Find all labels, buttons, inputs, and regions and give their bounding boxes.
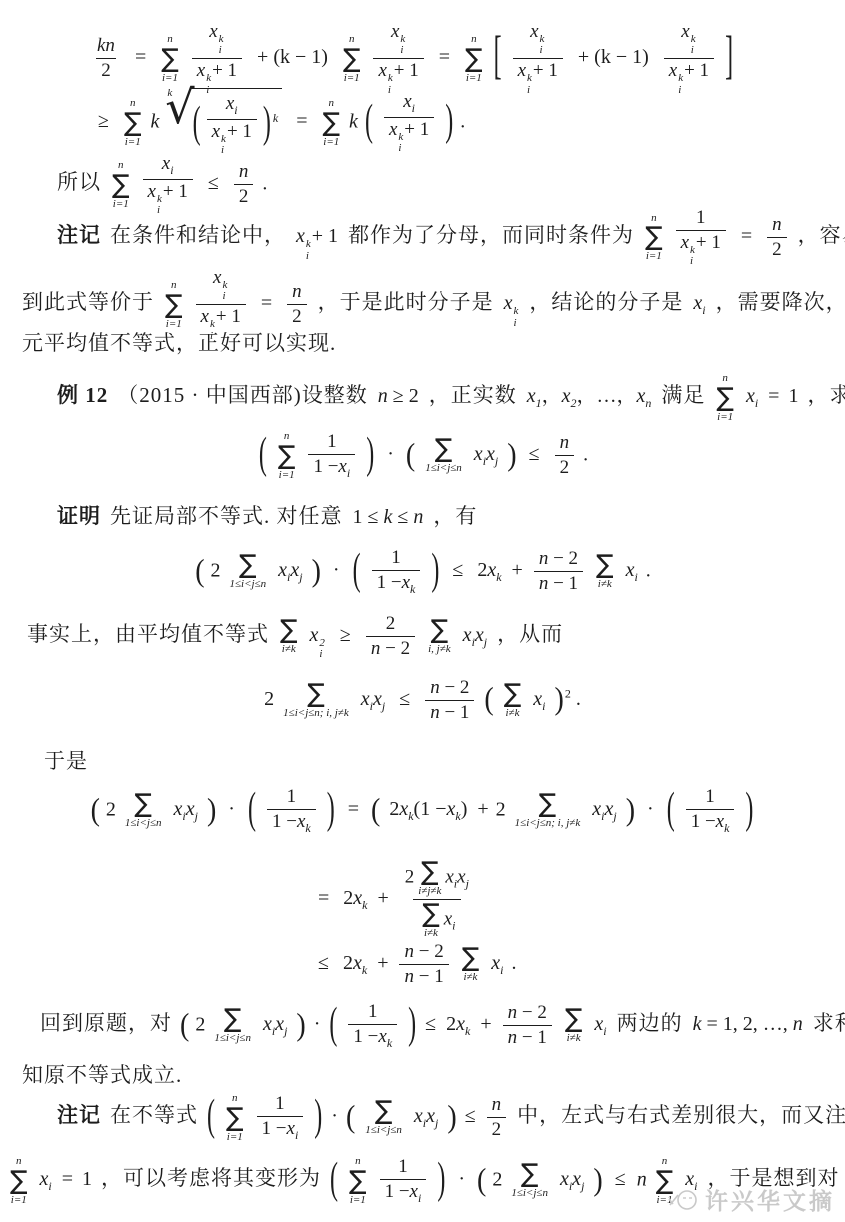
sub-i: i <box>347 466 350 480</box>
sub-i: i <box>412 101 415 115</box>
text-run: ，求证： <box>807 383 845 407</box>
period: . <box>262 172 267 194</box>
formula-5-line-1: ( 2 ∑1≤i<j≤n xixj ) · ( 11 −xk ) = ( 2xk… <box>0 785 845 836</box>
sum: n∑i=1 <box>278 430 296 481</box>
text-run: 在条件和结论中， <box>110 223 286 247</box>
sigma-icon: ∑ <box>645 224 663 250</box>
yushi-line: 于是 <box>42 748 90 775</box>
var-x: x <box>463 624 472 646</box>
proof-label: 证明 <box>57 504 101 528</box>
var-x: x <box>474 443 483 465</box>
one-minus: 1 − <box>262 1118 287 1139</box>
text-run: 元平均值不等式，正好可以实现. <box>22 331 336 355</box>
right-paren: ) <box>314 1089 322 1147</box>
one-minus: 1 − <box>420 798 446 820</box>
plus-one: + 1 <box>227 121 252 142</box>
fraction-nm2-nm1: n − 2n − 1 <box>425 676 474 725</box>
plus: + <box>378 887 389 909</box>
left-paren: ( <box>195 551 204 593</box>
sum-bot: i≠k <box>506 707 520 720</box>
var-x: x <box>213 267 221 288</box>
numerator: 1 <box>386 546 406 570</box>
var-x: x <box>389 119 397 140</box>
sub-i: i <box>48 1179 51 1193</box>
sub-i: i <box>398 143 401 155</box>
denominator: xki+ 1 <box>384 117 434 156</box>
plus-one: + 1 <box>404 119 429 140</box>
equals: = <box>62 1168 73 1190</box>
sum-bot: i=1 <box>11 1194 27 1207</box>
sigma-icon: ∑ <box>239 552 257 578</box>
sub-i: i <box>540 45 543 57</box>
left-paren: ( <box>365 94 373 152</box>
num-2: 2 <box>239 186 249 207</box>
sum: ∑1≤i<j≤n <box>511 1161 548 1200</box>
scanned-math-page: kn2 = n∑i=1 xkixki+ 1 + (k − 1) n∑i=1 xk… <box>0 0 845 1222</box>
leq: ≤ <box>465 1105 476 1127</box>
var-x: x <box>426 1105 435 1127</box>
var-k: k <box>383 506 392 528</box>
denominator: n − 1 <box>399 964 448 989</box>
fraction-n-2: n2 <box>555 431 575 480</box>
sum-bot: i≠k <box>598 578 612 591</box>
var-x: x <box>148 181 156 202</box>
num-2: 2 <box>560 457 570 478</box>
sup-k: k <box>388 73 393 85</box>
sigma-icon: ∑ <box>280 617 298 643</box>
num-1: 1 <box>788 385 798 407</box>
var-n: n <box>371 638 381 659</box>
x1-x2-xn: x1，x2，…，xn <box>527 383 652 412</box>
denominator: 2 <box>767 237 787 262</box>
minus-2: − 2 <box>553 548 578 569</box>
power-k: k <box>273 111 278 125</box>
equals: = <box>768 385 779 407</box>
left-paren: ( <box>667 782 675 840</box>
sum: ∑i, j≠k <box>428 617 451 656</box>
sup-k: k <box>527 73 532 85</box>
fraction-xik: xkixki+ 1 <box>664 20 714 97</box>
right-paren: ) <box>555 679 564 721</box>
var-x: x <box>353 952 362 974</box>
equals: = <box>135 46 146 68</box>
one-minus: 1 − <box>272 811 297 832</box>
var-x: x <box>403 91 411 112</box>
back-to-problem-line-2: 知原不等式成立. <box>20 1062 184 1089</box>
sum-bot: 1≤i<j≤n <box>365 1124 402 1137</box>
xi: xi <box>626 557 638 586</box>
numerator: xki <box>204 20 229 58</box>
sum: n∑i=1 <box>323 97 341 148</box>
left-paren: ( <box>353 543 361 601</box>
sum-bot: i=1 <box>344 72 360 85</box>
sigma-icon: ∑ <box>349 1168 367 1194</box>
var-x: x <box>378 60 386 81</box>
var-n: n <box>292 281 302 302</box>
power-2: 2 <box>565 686 571 700</box>
plus: + <box>477 798 488 820</box>
fraction-xik: xkixki+ 1 <box>373 20 423 97</box>
scripts: ki <box>514 306 519 329</box>
text-run: 中，左式与右式差别很大，而又注意到 <box>517 1103 845 1127</box>
scripts: ki <box>400 34 405 57</box>
numerator: xki <box>525 20 550 58</box>
sub-n: n <box>645 396 651 410</box>
period: . <box>576 688 581 710</box>
plus: + <box>377 952 388 974</box>
denominator: xki+ 1 <box>513 58 563 97</box>
num-2: 2 <box>492 1119 502 1140</box>
var-n: n <box>508 1027 518 1048</box>
watermark: 许兴华文摘 <box>667 1183 835 1216</box>
var-k: k <box>151 110 160 132</box>
minus-1: − 1 <box>522 1027 547 1048</box>
sum-bot: i≠k <box>567 1032 581 1045</box>
var-x: x <box>594 1013 603 1035</box>
xi-xj: xixj <box>361 686 385 715</box>
fraction-nm2-nm1: n − 2n − 1 <box>399 940 448 989</box>
leq: ≤ <box>529 443 540 465</box>
var-n: n <box>560 432 570 453</box>
numerator: 1 <box>363 1000 383 1024</box>
remark1-line-3: 元平均值不等式，正好可以实现. <box>20 330 338 357</box>
sum: n∑i=1 <box>226 1092 244 1143</box>
sum: ∑i≠k <box>504 681 522 720</box>
minus-2: − 2 <box>444 677 469 698</box>
cdot: · <box>331 1105 338 1127</box>
sum-bot: i=1 <box>646 250 662 263</box>
text-run: 事实上，由平均值不等式 <box>27 622 269 646</box>
num-1: 1 <box>696 207 706 228</box>
num-1: 1 <box>327 431 337 452</box>
numerator: xi <box>398 90 420 117</box>
left-paren: ( <box>330 1152 338 1210</box>
geq: ≥ <box>98 110 109 132</box>
scripts: ki <box>690 245 695 268</box>
denominator: 1 −xi <box>257 1116 304 1144</box>
var-x: x <box>527 385 536 407</box>
xi-xj: xixj <box>278 557 302 586</box>
left-paren: ( <box>371 790 380 832</box>
var-x: x <box>162 153 170 174</box>
num-2: 2 <box>264 688 274 710</box>
var-n: n <box>793 1013 803 1035</box>
formula-2: ( n∑i=1 11 −xi ) · ( ∑1≤i<j≤n xixj ) ≤ n… <box>0 430 845 481</box>
fraction-nm2-nm1: n − 2n − 1 <box>503 1001 552 1050</box>
sigma-icon: ∑ <box>596 552 614 578</box>
num-2: 2 <box>211 559 221 581</box>
sum: ∑1≤i<j≤n; i, j≠k <box>283 681 349 720</box>
root-index-k: k <box>167 86 172 100</box>
plus-one: + 1 <box>163 181 188 202</box>
sub-j: j <box>382 699 385 713</box>
denominator: 1 −xk <box>372 570 421 598</box>
fraction-n-2: n2 <box>234 160 254 209</box>
sub-k: k <box>305 821 310 835</box>
numerator: n − 2 <box>399 940 448 964</box>
right-paren: ) <box>263 96 271 154</box>
sum-bot: i≠k <box>463 971 477 984</box>
big-fraction: 2∑i≠j≠kxixj∑i≠kxi <box>400 858 474 940</box>
var-n: n <box>413 506 423 528</box>
sigma-icon: ∑ <box>431 617 449 643</box>
var-x: x <box>572 1168 581 1190</box>
scripts: ki <box>540 34 545 57</box>
sub-i: i <box>234 103 237 117</box>
var-n: n <box>772 214 782 235</box>
remark-label: 注记 <box>57 223 101 247</box>
numerator: 1 <box>691 206 711 230</box>
sigma-icon: ∑ <box>134 791 152 817</box>
sigma-icon: ∑ <box>323 110 341 136</box>
denominator: 1 −xi <box>380 1179 427 1207</box>
plus: + <box>480 1013 491 1035</box>
fraction-xik: xkixki+ 1 <box>192 20 242 97</box>
var-x: x <box>445 867 453 888</box>
plus-one: + 1 <box>394 60 419 81</box>
var-x: x <box>296 225 305 247</box>
denominator: 1 −xk <box>686 809 735 837</box>
num-1: 1 <box>287 786 297 807</box>
equals: = <box>296 110 307 132</box>
sub-i: i <box>219 45 222 57</box>
var-x: x <box>560 1168 569 1190</box>
right-paren: ) <box>431 543 439 601</box>
numerator: n <box>487 1093 507 1117</box>
sum: ∑i≠k <box>280 617 298 656</box>
xi-xj: xixj <box>592 796 616 825</box>
minus-1: − 1 <box>419 966 444 987</box>
num-2: 2 <box>492 1168 502 1190</box>
formula-1-line-2: ≥ n∑i=1 k k√(xixki+ 1)k = n∑i=1 k ( xixk… <box>92 88 465 158</box>
var-x: x <box>310 624 319 646</box>
sigma-icon: ∑ <box>226 1105 244 1131</box>
sigma-icon: ∑ <box>435 436 453 462</box>
sub-k: k <box>724 821 729 835</box>
right-paren: ) <box>507 435 516 477</box>
var-x: x <box>278 559 287 581</box>
numerator: n <box>234 160 254 184</box>
numerator: n <box>555 431 575 455</box>
xi: xi <box>693 290 705 319</box>
var-x: x <box>486 443 495 465</box>
num-1: 1 <box>398 1156 408 1177</box>
num-1: 1 <box>275 1093 285 1114</box>
numerator: 1 <box>700 785 720 809</box>
var-x: x <box>414 1105 423 1127</box>
period: . <box>583 443 588 465</box>
sub-i: i <box>702 303 705 317</box>
sub-j: j <box>484 635 487 649</box>
n-geq-2: n ≥ 2 <box>378 383 419 409</box>
left-paren: ( <box>484 679 493 721</box>
equals: = <box>348 798 359 820</box>
sigma-icon: ∑ <box>565 1006 583 1032</box>
var-x: x <box>681 21 689 42</box>
sum-bot: i=1 <box>350 1194 366 1207</box>
k-eq-1-2-n: k = 1, 2, …, n <box>693 1011 803 1037</box>
denominator: n − 1 <box>534 571 583 596</box>
numerator: xki <box>676 20 701 58</box>
xi-xj: xixj <box>174 796 198 825</box>
text-run: （2015 · 中国西部)设整数 <box>117 383 368 407</box>
sub-i: i <box>418 1191 421 1205</box>
var-x: x <box>212 121 220 142</box>
sum: n∑i=1 <box>349 1155 367 1206</box>
var-x: x <box>530 21 538 42</box>
var-x: x <box>562 385 571 407</box>
sub-i: i <box>527 85 530 97</box>
leq: ≤ <box>399 688 410 710</box>
right-paren: ) <box>408 997 416 1055</box>
sub-k: k <box>362 898 367 912</box>
left-paren: ( <box>91 790 100 832</box>
var-x: x <box>263 1013 272 1035</box>
2xk: 2xk <box>477 557 501 586</box>
one-minus: 1 − <box>313 456 338 477</box>
sub-k: k <box>362 963 367 977</box>
comma: ， <box>577 385 597 407</box>
radical: k√(xixki+ 1)k <box>167 88 282 158</box>
sigma-icon: ∑ <box>343 46 361 72</box>
leq: ≤ <box>397 506 408 528</box>
fraction-2-nm2: 2n − 2 <box>366 612 415 661</box>
sum: ∑i≠k <box>596 552 614 591</box>
var-x: x <box>746 385 755 407</box>
numerator: 1 <box>270 1092 290 1116</box>
right-paren: ) <box>447 1097 456 1139</box>
sum: ∑1≤i<j≤n <box>425 436 462 475</box>
num-1: 1 <box>82 1168 92 1190</box>
xi-xj: xixj <box>463 622 487 651</box>
fraction-xi: xixki+ 1 <box>207 92 257 158</box>
leq: ≤ <box>208 172 219 194</box>
sum: ∑i≠j≠k <box>418 859 441 898</box>
xi-xj: xixj <box>560 1166 584 1195</box>
remark1-line-1: 注记 在条件和结论中， xki+ 1 都作为了分母，而同时条件为 n∑i=1 1… <box>55 206 845 269</box>
fraction-n-2: n2 <box>767 213 787 262</box>
text-run: 到此式等价于 <box>22 290 154 314</box>
numerator: 2 <box>381 612 401 636</box>
var-x: x <box>287 1118 295 1139</box>
remark2-line-1: 注记 在不等式 ( n∑i=1 11 −xi ) · ( ∑1≤i<j≤n xi… <box>55 1092 845 1143</box>
var-x: x <box>457 867 465 888</box>
numerator: xi <box>221 92 243 119</box>
sub-j: j <box>284 1024 287 1038</box>
var-x: x <box>410 1181 418 1202</box>
sum-bot: i=1 <box>227 1131 243 1144</box>
numerator: n − 2 <box>503 1001 552 1025</box>
scripts: ki <box>398 132 403 155</box>
xi-squared: x2i <box>310 622 326 661</box>
watermark-text: 许兴华文摘 <box>705 1183 835 1216</box>
period: . <box>646 559 651 581</box>
text-run: 两边的 <box>617 1011 683 1035</box>
var-kn: kn <box>97 35 115 56</box>
denominator: 1 −xk <box>348 1024 397 1052</box>
sum: n∑i=1 <box>161 33 179 84</box>
sub-i: i <box>222 291 225 303</box>
leq: ≤ <box>425 1013 436 1035</box>
denominator: n − 1 <box>503 1025 552 1050</box>
formula-5-line-3: ≤ 2xk + n − 2n − 1 ∑i≠k xi . <box>312 940 516 989</box>
numerator: 1 <box>282 785 302 809</box>
cdot: · <box>228 798 235 820</box>
sub-i: i <box>452 918 455 932</box>
sub-i: i <box>170 163 173 177</box>
fraction-kn-2: kn2 <box>92 34 120 83</box>
sub-j: j <box>435 1116 438 1130</box>
leq: ≤ <box>452 559 463 581</box>
xi: xi <box>491 950 503 979</box>
sum-bot: i=1 <box>466 72 482 85</box>
var-x: x <box>338 456 346 477</box>
left-bracket: [ <box>494 24 502 93</box>
scripts: 2i <box>319 638 325 661</box>
text-run: 于是 <box>44 749 88 773</box>
var-k: k <box>693 1013 702 1035</box>
remark-label: 注记 <box>57 1103 101 1127</box>
text-run: ，有 <box>433 504 477 528</box>
fraction-1-1mxi: 11 −xi <box>257 1092 304 1143</box>
proof-line: 证明 先证局部不等式. 对任意 1 ≤ k ≤ n ，有 <box>55 503 479 530</box>
numerator: xki <box>208 266 233 304</box>
num-2: 2 <box>343 887 353 909</box>
sub-k: k <box>465 1024 470 1038</box>
right-paren: ) <box>366 427 374 485</box>
sigma-icon: ∑ <box>10 1168 28 1194</box>
numerator: n <box>767 213 787 237</box>
var-x: x <box>201 306 209 327</box>
sup-k: k <box>210 319 215 331</box>
scripts: ki <box>222 280 227 303</box>
left-paren: ( <box>193 96 201 154</box>
minus-2: − 2 <box>385 638 410 659</box>
radicand: (xixki+ 1)k <box>191 88 283 158</box>
var-x: x <box>681 232 689 253</box>
fraction-n-2: n2 <box>487 1093 507 1142</box>
denominator: 2 <box>487 1117 507 1142</box>
left-paren: ( <box>329 997 337 1055</box>
numerator: n − 2 <box>534 547 583 571</box>
xi-xj: xixj <box>414 1103 438 1132</box>
var-x: x <box>361 688 370 710</box>
sigma-icon: ∑ <box>375 1098 393 1124</box>
numerator: xki <box>386 20 411 58</box>
var-n: n <box>378 385 388 407</box>
num-1: 1 <box>353 506 363 528</box>
num-2: 2 <box>292 306 302 327</box>
2xk: 2xk <box>446 1011 470 1040</box>
sum-bot: i=1 <box>125 136 141 149</box>
num-2: 2 <box>106 798 116 820</box>
denominator: 2 <box>287 304 307 329</box>
sub-i: i <box>306 251 309 263</box>
var-n: n <box>637 1168 647 1190</box>
right-paren: ) <box>461 798 468 820</box>
xik-plus-1: xki+ 1 <box>296 223 338 262</box>
plus-one: + 1 <box>212 60 237 81</box>
one-minus: 1 − <box>377 572 402 593</box>
text-run: ，从而 <box>497 622 563 646</box>
equals: = <box>741 225 752 247</box>
var-x: x <box>518 60 526 81</box>
sum: n∑i=1 <box>716 372 734 423</box>
var-x: x <box>533 688 542 710</box>
plus: + <box>512 559 523 581</box>
num-2: 2 <box>101 60 111 81</box>
var-x: x <box>669 60 677 81</box>
